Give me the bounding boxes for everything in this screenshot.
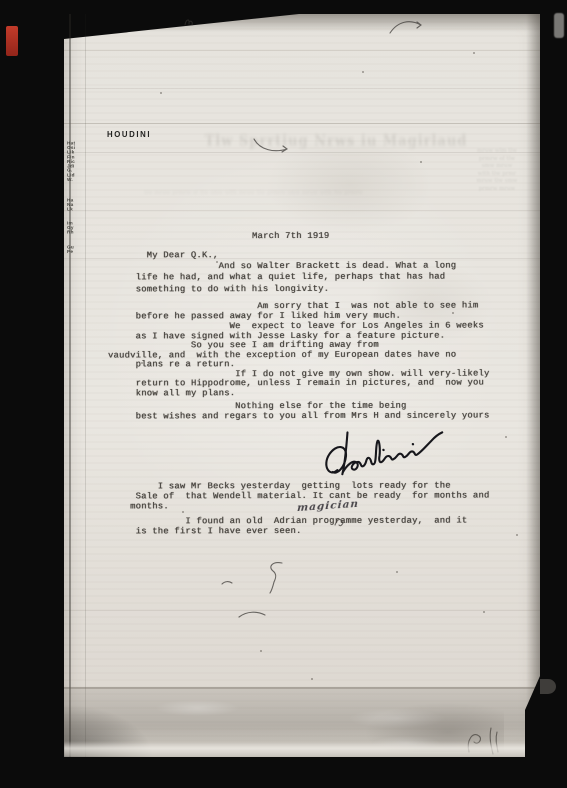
margin-codes-group1: HatOsiLikFinRicJdiG.LidW. xyxy=(67,142,75,183)
margin-codes-group4: GuPe xyxy=(67,246,74,255)
bleedthrough-row: tlw mruw prmrw of tlw smw wlth mruw tlw … xyxy=(144,190,504,196)
red-film-tab xyxy=(6,26,18,56)
dust-speck xyxy=(362,71,364,73)
binding-edge-line xyxy=(69,14,71,757)
letter-page: Tlw Sprrtiug Nrws iu Magirlaud mruw wlm … xyxy=(64,14,540,757)
film-border-top xyxy=(0,0,567,14)
dust-speck xyxy=(516,534,518,536)
dust-speck xyxy=(141,362,143,364)
dust-speck xyxy=(396,571,398,573)
houdini-collection-stamp: HOUDINI xyxy=(107,130,151,139)
pen-mark-dash xyxy=(221,580,235,588)
binding-edge-line-faint xyxy=(85,14,86,757)
dust-speck xyxy=(160,92,162,94)
bleedthrough-column: mruw wlm tlwprmrw of tlwsmw mruwwlth tlw… xyxy=(442,148,552,193)
letter-postscript2: I found an old Adrian programme yesterda… xyxy=(108,516,467,538)
page-right-shadow xyxy=(526,14,540,757)
pen-mark-underline-curve xyxy=(238,610,268,620)
dust-speck xyxy=(260,650,262,652)
letter-date: March 7th 1919 xyxy=(252,231,329,242)
pen-mark-mid-arrow xyxy=(252,136,292,156)
scan-streak xyxy=(64,88,540,89)
scan-streak xyxy=(64,210,540,211)
dust-speck xyxy=(182,511,184,513)
letter-para2: Am sorry that I was not able to see him … xyxy=(108,301,479,323)
letter-opening: My Dear Q.K., And so Walter Brackett is … xyxy=(108,250,456,296)
film-border-left xyxy=(0,0,64,788)
letter-para3: We expect to leave for Los Angeles in 6 … xyxy=(108,322,490,399)
dust-speck xyxy=(452,312,454,314)
pen-mark-lower-hook xyxy=(266,560,288,598)
film-border-bottom xyxy=(0,757,567,788)
film-notch-tab xyxy=(554,13,564,38)
film-border-right xyxy=(540,0,567,788)
film-edge-notch xyxy=(540,679,556,694)
pen-mark-top-left xyxy=(183,16,197,28)
dust-speck xyxy=(311,678,313,680)
microfilm-scan-frame: Tlw Sprrtiug Nrws iu Magirlaud mruw wlm … xyxy=(0,0,567,788)
pen-mark-top-right-hook xyxy=(388,16,426,36)
margin-codes-group3: ImGyRh xyxy=(67,222,74,236)
dust-speck xyxy=(420,161,422,163)
margin-codes-group2: HaNaLk xyxy=(67,199,73,213)
scan-streak xyxy=(64,123,540,124)
page-bottom-rolled-edge xyxy=(64,741,540,757)
dust-speck xyxy=(473,52,475,54)
dust-speck xyxy=(483,611,485,613)
scan-streak xyxy=(64,610,540,611)
dust-speck xyxy=(216,261,218,263)
dust-speck xyxy=(505,436,507,438)
scan-streak xyxy=(64,50,540,51)
